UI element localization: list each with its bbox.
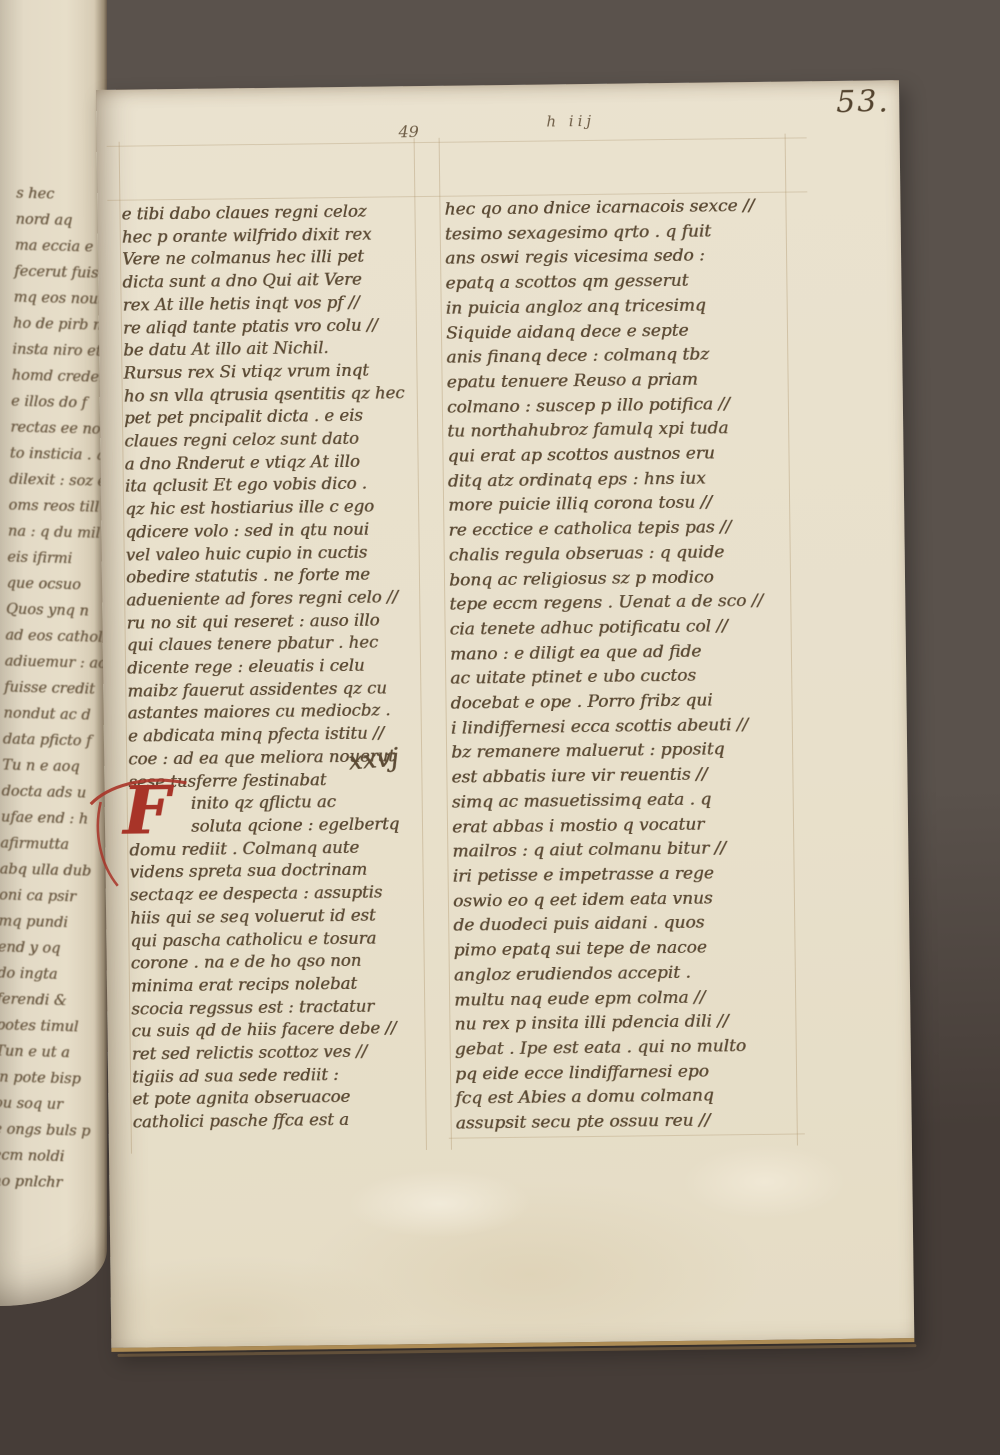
facing-text-fragment: fuisse credit (4, 675, 107, 704)
facing-text-fragment: oms reos till (8, 493, 107, 522)
facing-text-fragment: Tun e ut a (0, 1038, 107, 1067)
manuscript-text-line: cu suis qd de hiis facere debe // (131, 1017, 431, 1043)
facing-text-fragment: eis ifirmi (7, 545, 107, 574)
facing-text-fragment: fecerut fuisse (14, 259, 107, 288)
facing-text-fragment: potes timul (0, 1012, 107, 1041)
facing-text-fragment: na : q du mil (8, 519, 107, 548)
facing-text-fragment: s hec (16, 181, 107, 210)
facing-text-fragment: mq eos nout (13, 285, 107, 314)
facing-text-fragment: e ongs buls p (0, 1116, 107, 1145)
manuscript-page: 53. 49 h iij e tibi dabo claues regni ce… (96, 80, 914, 1352)
facing-text-fragment: e illos do f (11, 389, 107, 418)
folio-number: 53. (836, 84, 890, 120)
manuscript-text-line: hec qo ano dnice icarnacois sexce // (444, 193, 794, 222)
facing-text-fragment: data pficto f (2, 727, 107, 756)
facing-text-fragment: ho de pirb nid (13, 311, 107, 340)
manuscript-text-line: assupsit secu pte ossuu reu // (456, 1107, 806, 1136)
text-column-left: e tibi dabo claues regni celozhec p oran… (121, 200, 432, 1134)
facing-page-text-fragments: s hecnord aqma eccia efecerut fuissemq e… (0, 181, 107, 1198)
facing-text-fragment: homd credere (11, 363, 107, 392)
facing-text-fragment: no pnlchr (0, 1168, 107, 1197)
facing-text-fragment: Quos ynq n (6, 597, 107, 626)
manuscript-text-line: ho sn vlla qtrusia qsentitis qz hec (124, 382, 424, 408)
facing-text-fragment: ma eccia e (14, 233, 107, 262)
chapter-number-margin-note: xxvj (347, 743, 399, 776)
manuscript-text-line: catholici pasche ffca est a (132, 1108, 432, 1134)
facing-text-fragment: nondut ac d (3, 701, 107, 730)
facing-text-fragment: mq pundi (0, 908, 107, 937)
facing-text-fragment: nord aq (15, 207, 107, 236)
facing-text-fragment: adiuemur : ac (4, 649, 107, 678)
facing-text-fragment: end y oq (0, 934, 107, 963)
manuscript-text-line: adueniente ad fores regni celo // (126, 586, 426, 612)
text-column-right: hec qo ano dnice icarnacois sexce //tesi… (444, 193, 805, 1136)
quire-signature-mark: h iij (546, 112, 595, 131)
manuscript-photograph: s hecnord aqma eccia efecerut fuissemq e… (0, 0, 1000, 1455)
facing-text-fragment: to insticia . q (9, 441, 107, 470)
facing-text-fragment: ecm noldi (0, 1142, 107, 1171)
facing-text-fragment: do ingta (0, 960, 107, 989)
facing-text-fragment: rectas ee no (10, 415, 107, 444)
facing-text-fragment: ferendi & (0, 986, 107, 1015)
facing-text-fragment: ad eos catholi (5, 623, 107, 652)
manuscript-text-line: tepe eccm regens . Uenat a de sco // (449, 589, 799, 618)
rubricated-initial: F (122, 777, 170, 844)
page-number-mark: 49 (398, 122, 419, 141)
facing-text-fragment: dilexit : soz et (9, 467, 107, 496)
facing-text-fragment: ou soq ur (0, 1090, 107, 1119)
facing-page-edge: s hecnord aqma eccia efecerut fuissemq e… (0, 0, 107, 1306)
facing-text-fragment: in pote bisp (0, 1064, 107, 1093)
ruling-line-horizontal-top-1 (107, 137, 807, 147)
facing-text-fragment: que ocsuo (6, 571, 107, 600)
facing-text-fragment: insta niro et (12, 337, 107, 366)
